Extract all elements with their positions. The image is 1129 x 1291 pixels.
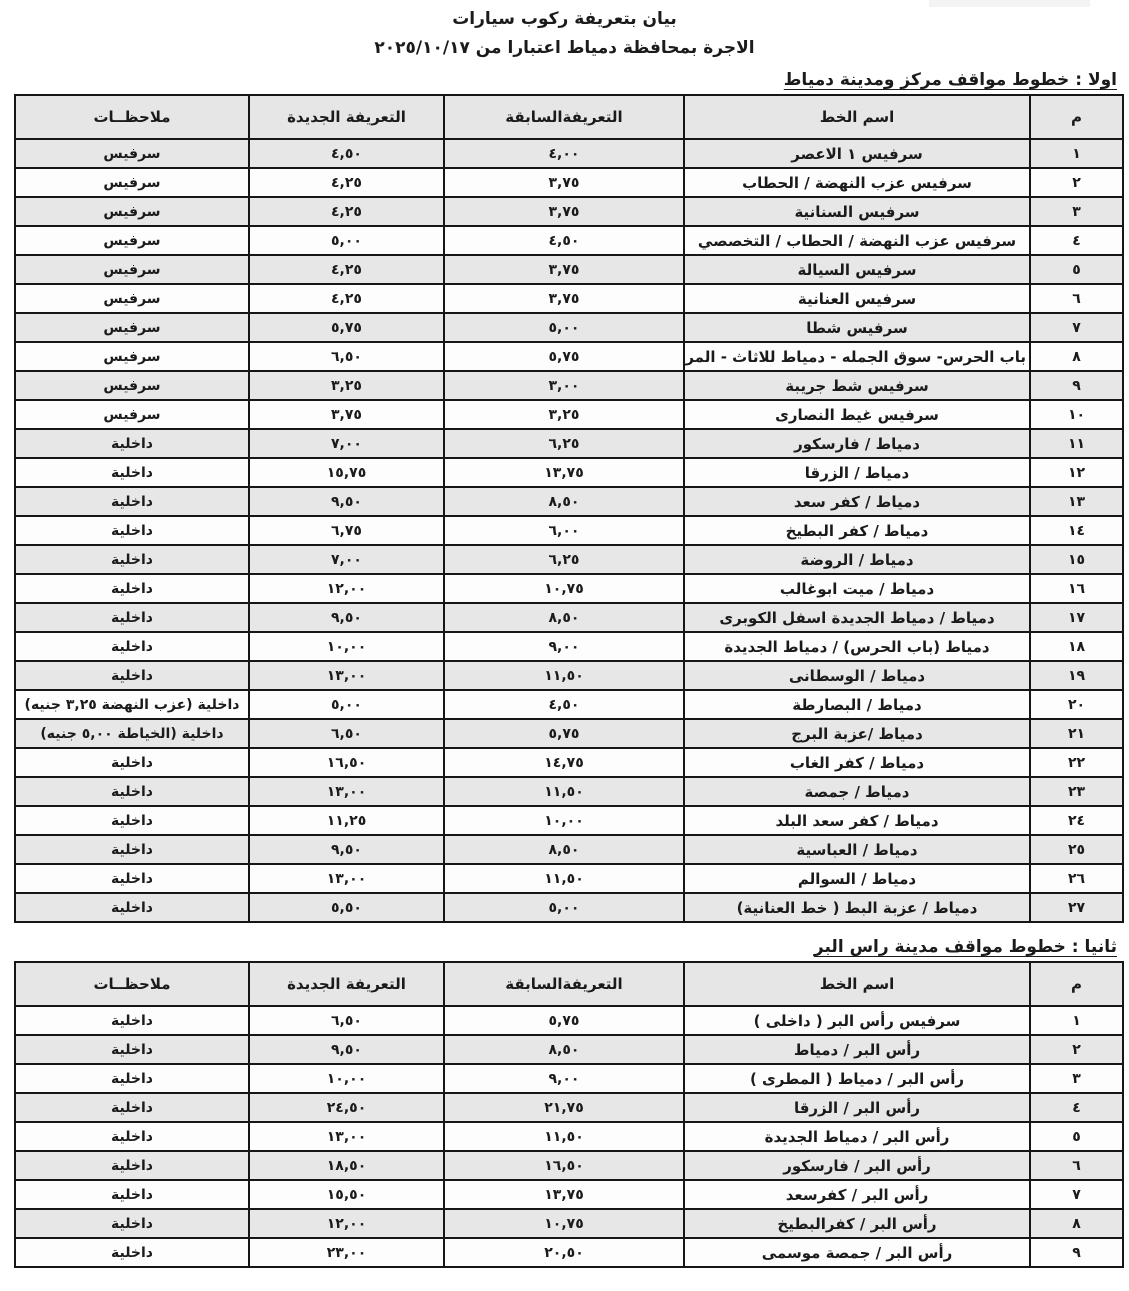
- header-row: ماسم الخطالتعريفةالسابقةالتعريفة الجديدة…: [15, 962, 1123, 1006]
- cell-prev: ٦,٢٥: [444, 429, 684, 458]
- cell-no: ١٣: [1030, 487, 1123, 516]
- cell-prev: ١٣,٧٥: [444, 1180, 684, 1209]
- cell-no: ١: [1030, 139, 1123, 168]
- cell-name: دمياط / الزرقا: [684, 458, 1030, 487]
- cell-prev: ١٠,٧٥: [444, 574, 684, 603]
- cell-new: ٣,٢٥: [249, 371, 444, 400]
- cell-new: ١٣,٠٠: [249, 1122, 444, 1151]
- cell-no: ٢: [1030, 168, 1123, 197]
- cell-no: ٢٠: [1030, 690, 1123, 719]
- cell-new: ٦,٥٠: [249, 342, 444, 371]
- cell-new: ١٢,٠٠: [249, 1209, 444, 1238]
- cell-new: ٢٣,٠٠: [249, 1238, 444, 1267]
- cell-no: ٥: [1030, 1122, 1123, 1151]
- cell-name: دمياط / السوالم: [684, 864, 1030, 893]
- cell-no: ٦: [1030, 284, 1123, 313]
- cell-no: ١٤: [1030, 516, 1123, 545]
- cell-notes: داخلية: [15, 835, 249, 864]
- cell-prev: ٢٠,٥٠: [444, 1238, 684, 1267]
- table-row: ٢٧دمياط / عزبة البط ( خط العنانية)٥,٠٠٥,…: [15, 893, 1123, 922]
- cell-no: ٢: [1030, 1035, 1123, 1064]
- cell-prev: ٣,٢٥: [444, 400, 684, 429]
- cell-new: ٤,٢٥: [249, 255, 444, 284]
- cell-new: ٥,٠٠: [249, 226, 444, 255]
- cell-no: ٥: [1030, 255, 1123, 284]
- column-header-notes: ملاحظــات: [15, 95, 249, 139]
- cell-name: سرفيس عزب النهضة / الحطاب: [684, 168, 1030, 197]
- cell-notes: داخلية: [15, 1006, 249, 1035]
- cell-notes: داخلية: [15, 777, 249, 806]
- table-row: ٢٣دمياط / جمصة١١,٥٠١٣,٠٠داخلية: [15, 777, 1123, 806]
- cell-notes: سرفيس: [15, 168, 249, 197]
- cell-notes: داخلية: [15, 893, 249, 922]
- section-heading-damietta: اولا : خطوط مواقف مركز ومدينة دمياط: [0, 70, 1117, 90]
- cell-notes: داخلية: [15, 574, 249, 603]
- cell-prev: ٣,٧٥: [444, 168, 684, 197]
- table-row: ٦رأس البر / فارسكور١٦,٥٠١٨,٥٠داخلية: [15, 1151, 1123, 1180]
- cell-name: سرفيس السيالة: [684, 255, 1030, 284]
- cell-notes: داخلية: [15, 1035, 249, 1064]
- column-header-no: م: [1030, 95, 1123, 139]
- table-body: ١سرفيس رأس البر ( داخلى )٥,٧٥٦,٥٠داخلية٢…: [15, 1006, 1123, 1267]
- cell-prev: ٩,٠٠: [444, 1064, 684, 1093]
- cell-prev: ٩,٠٠: [444, 632, 684, 661]
- table-row: ٢٤دمياط / كفر سعد البلد١٠,٠٠١١,٢٥داخلية: [15, 806, 1123, 835]
- cell-no: ١: [1030, 1006, 1123, 1035]
- cell-prev: ٦,٢٥: [444, 545, 684, 574]
- cell-no: ١٧: [1030, 603, 1123, 632]
- cell-prev: ٤,٥٠: [444, 226, 684, 255]
- cell-prev: ١٠,٧٥: [444, 1209, 684, 1238]
- cell-name: دمياط / جمصة: [684, 777, 1030, 806]
- cell-name: رأس البر / جمصة موسمى: [684, 1238, 1030, 1267]
- table-row: ٩رأس البر / جمصة موسمى٢٠,٥٠٢٣,٠٠داخلية: [15, 1238, 1123, 1267]
- cell-name: دمياط / كفر الغاب: [684, 748, 1030, 777]
- cell-name: دمياط / كفر البطيخ: [684, 516, 1030, 545]
- cell-prev: ١٠,٠٠: [444, 806, 684, 835]
- table-row: ١سرفيس رأس البر ( داخلى )٥,٧٥٦,٥٠داخلية: [15, 1006, 1123, 1035]
- document-subtitle: الاجرة بمحافظة دمياط اعتبارا من ٢٠٢٥/١٠/…: [0, 34, 1129, 63]
- column-header-new: التعريفة الجديدة: [249, 95, 444, 139]
- cell-name: باب الحرس- سوق الجمله - دمياط للاثاث - ا…: [684, 342, 1030, 371]
- cell-name: دمياط / كفر سعد: [684, 487, 1030, 516]
- table-row: ١٦دمياط / ميت ابوغالب١٠,٧٥١٢,٠٠داخلية: [15, 574, 1123, 603]
- cell-name: دمياط / الوسطانى: [684, 661, 1030, 690]
- cell-notes: داخلية: [15, 806, 249, 835]
- cell-name: رأس البر / دمياط ( المطرى ): [684, 1064, 1030, 1093]
- cell-prev: ٣,٧٥: [444, 284, 684, 313]
- cell-prev: ١١,٥٠: [444, 1122, 684, 1151]
- cell-prev: ٥,٧٥: [444, 1006, 684, 1035]
- cell-name: دمياط / عزبة البط ( خط العنانية): [684, 893, 1030, 922]
- cell-notes: داخلية: [15, 516, 249, 545]
- cell-notes: سرفيس: [15, 400, 249, 429]
- table-body: ١سرفيس ١ الاعصر٤,٠٠٤,٥٠سرفيس٢سرفيس عزب ا…: [15, 139, 1123, 922]
- cell-notes: سرفيس: [15, 226, 249, 255]
- table-row: ٩سرفيس شط جريبة٣,٠٠٣,٢٥سرفيس: [15, 371, 1123, 400]
- cell-new: ١٥,٧٥: [249, 458, 444, 487]
- table-row: ١٠سرفيس غيط النصارى٣,٢٥٣,٧٥سرفيس: [15, 400, 1123, 429]
- table-row: ٢٦دمياط / السوالم١١,٥٠١٣,٠٠داخلية: [15, 864, 1123, 893]
- cell-name: دمياط / الروضة: [684, 545, 1030, 574]
- cell-name: دمياط /عزبة البرج: [684, 719, 1030, 748]
- cell-new: ٥,٠٠: [249, 690, 444, 719]
- cell-prev: ٣,٧٥: [444, 255, 684, 284]
- cell-notes: داخلية: [15, 1209, 249, 1238]
- cell-prev: ٥,٧٥: [444, 719, 684, 748]
- table-row: ٢رأس البر / دمياط٨,٥٠٩,٥٠داخلية: [15, 1035, 1123, 1064]
- cell-no: ١٥: [1030, 545, 1123, 574]
- cell-no: ٨: [1030, 342, 1123, 371]
- table-row: ٢٠دمياط / البصارطة٤,٥٠٥,٠٠داخلية (عزب ال…: [15, 690, 1123, 719]
- cell-new: ١١,٢٥: [249, 806, 444, 835]
- cell-notes: سرفيس: [15, 371, 249, 400]
- cell-notes: داخلية: [15, 603, 249, 632]
- section-ras-elbar-lines: ثانيا : خطوط مواقف مدينة راس البر ماسم ا…: [0, 937, 1129, 1268]
- cell-prev: ٥,٠٠: [444, 893, 684, 922]
- cell-notes: داخلية: [15, 487, 249, 516]
- cell-name: دمياط / البصارطة: [684, 690, 1030, 719]
- cell-no: ٧: [1030, 313, 1123, 342]
- cell-notes: داخلية (عزب النهضة ٣,٢٥ جنيه): [15, 690, 249, 719]
- cell-notes: داخلية (الخياطة ٥,٠٠ جنيه): [15, 719, 249, 748]
- cell-notes: داخلية: [15, 632, 249, 661]
- cell-no: ٤: [1030, 1093, 1123, 1122]
- cell-notes: داخلية: [15, 1151, 249, 1180]
- column-header-no: م: [1030, 962, 1123, 1006]
- cell-no: ٦: [1030, 1151, 1123, 1180]
- cell-new: ٩,٥٠: [249, 487, 444, 516]
- cell-notes: سرفيس: [15, 139, 249, 168]
- cell-new: ٤,٢٥: [249, 284, 444, 313]
- cell-new: ١٣,٠٠: [249, 864, 444, 893]
- cell-new: ٥,٧٥: [249, 313, 444, 342]
- table-row: ٧رأس البر / كفرسعد١٣,٧٥١٥,٥٠داخلية: [15, 1180, 1123, 1209]
- cell-name: دمياط / ميت ابوغالب: [684, 574, 1030, 603]
- cell-no: ١٩: [1030, 661, 1123, 690]
- table-header: ماسم الخطالتعريفةالسابقةالتعريفة الجديدة…: [15, 95, 1123, 139]
- table-row: ٧سرفيس شطا٥,٠٠٥,٧٥سرفيس: [15, 313, 1123, 342]
- cell-notes: داخلية: [15, 864, 249, 893]
- cell-name: دمياط / العباسية: [684, 835, 1030, 864]
- cell-name: سرفيس العنانية: [684, 284, 1030, 313]
- column-header-new: التعريفة الجديدة: [249, 962, 444, 1006]
- cell-prev: ٤,٠٠: [444, 139, 684, 168]
- cell-name: دمياط (باب الحرس) / دمياط الجديدة: [684, 632, 1030, 661]
- cell-no: ١٨: [1030, 632, 1123, 661]
- cell-new: ١٠,٠٠: [249, 1064, 444, 1093]
- table-row: ٣سرفيس السنانية٣,٧٥٤,٢٥سرفيس: [15, 197, 1123, 226]
- cell-notes: داخلية: [15, 1238, 249, 1267]
- table-row: ٥رأس البر / دمياط الجديدة١١,٥٠١٣,٠٠داخلي…: [15, 1122, 1123, 1151]
- cell-prev: ١٦,٥٠: [444, 1151, 684, 1180]
- cell-notes: داخلية: [15, 429, 249, 458]
- cell-new: ٢٤,٥٠: [249, 1093, 444, 1122]
- cell-new: ٣,٧٥: [249, 400, 444, 429]
- cell-prev: ٤,٥٠: [444, 690, 684, 719]
- cell-name: دمياط / كفر سعد البلد: [684, 806, 1030, 835]
- table-row: ١١دمياط / فارسكور٦,٢٥٧,٠٠داخلية: [15, 429, 1123, 458]
- cell-notes: داخلية: [15, 1093, 249, 1122]
- cell-new: ١٢,٠٠: [249, 574, 444, 603]
- cell-notes: داخلية: [15, 1122, 249, 1151]
- cell-new: ٩,٥٠: [249, 835, 444, 864]
- cell-new: ٥,٥٠: [249, 893, 444, 922]
- table-row: ١٨دمياط (باب الحرس) / دمياط الجديدة٩,٠٠١…: [15, 632, 1123, 661]
- cell-notes: داخلية: [15, 458, 249, 487]
- cell-no: ٢٤: [1030, 806, 1123, 835]
- cell-name: سرفيس رأس البر ( داخلى ): [684, 1006, 1030, 1035]
- cell-no: ٢٢: [1030, 748, 1123, 777]
- cell-no: ١٢: [1030, 458, 1123, 487]
- cell-notes: داخلية: [15, 748, 249, 777]
- table-row: ٢سرفيس عزب النهضة / الحطاب٣,٧٥٤,٢٥سرفيس: [15, 168, 1123, 197]
- cell-new: ٩,٥٠: [249, 603, 444, 632]
- cell-no: ١١: [1030, 429, 1123, 458]
- cell-name: رأس البر / كفرسعد: [684, 1180, 1030, 1209]
- cell-prev: ٨,٥٠: [444, 603, 684, 632]
- cell-notes: داخلية: [15, 1064, 249, 1093]
- cell-new: ٦,٥٠: [249, 719, 444, 748]
- column-header-prev: التعريفةالسابقة: [444, 95, 684, 139]
- cell-prev: ٨,٥٠: [444, 1035, 684, 1064]
- table-row: ١٣دمياط / كفر سعد٨,٥٠٩,٥٠داخلية: [15, 487, 1123, 516]
- cell-no: ٨: [1030, 1209, 1123, 1238]
- table-row: ٥سرفيس السيالة٣,٧٥٤,٢٥سرفيس: [15, 255, 1123, 284]
- cell-no: ٢٣: [1030, 777, 1123, 806]
- cell-new: ٩,٥٠: [249, 1035, 444, 1064]
- section-heading-ras-elbar: ثانيا : خطوط مواقف مدينة راس البر: [0, 937, 1117, 957]
- column-header-notes: ملاحظــات: [15, 962, 249, 1006]
- cell-prev: ٨,٥٠: [444, 487, 684, 516]
- section-damietta-city-lines: اولا : خطوط مواقف مركز ومدينة دمياط ماسم…: [0, 70, 1129, 923]
- cell-notes: داخلية: [15, 661, 249, 690]
- cell-new: ١٣,٠٠: [249, 777, 444, 806]
- cell-no: ٧: [1030, 1180, 1123, 1209]
- cell-notes: سرفيس: [15, 197, 249, 226]
- cell-prev: ٣,٧٥: [444, 197, 684, 226]
- cell-name: سرفيس شطا: [684, 313, 1030, 342]
- cell-new: ٤,٢٥: [249, 168, 444, 197]
- table-row: ١٩دمياط / الوسطانى١١,٥٠١٣,٠٠داخلية: [15, 661, 1123, 690]
- table-row: ١سرفيس ١ الاعصر٤,٠٠٤,٥٠سرفيس: [15, 139, 1123, 168]
- table-row: ٤سرفيس عزب النهضة / الحطاب / التخصصي٤,٥٠…: [15, 226, 1123, 255]
- cell-no: ١٠: [1030, 400, 1123, 429]
- cell-new: ٧,٠٠: [249, 429, 444, 458]
- damietta-fare-table: ماسم الخطالتعريفةالسابقةالتعريفة الجديدة…: [14, 94, 1124, 923]
- column-header-name: اسم الخط: [684, 962, 1030, 1006]
- cell-new: ٦,٥٠: [249, 1006, 444, 1035]
- table-row: ٣رأس البر / دمياط ( المطرى )٩,٠٠١٠,٠٠داخ…: [15, 1064, 1123, 1093]
- cell-new: ٦,٧٥: [249, 516, 444, 545]
- cell-name: سرفيس عزب النهضة / الحطاب / التخصصي: [684, 226, 1030, 255]
- header-row: ماسم الخطالتعريفةالسابقةالتعريفة الجديدة…: [15, 95, 1123, 139]
- cell-name: دمياط / فارسكور: [684, 429, 1030, 458]
- cell-prev: ١١,٥٠: [444, 661, 684, 690]
- cell-name: رأس البر / كفرالبطيخ: [684, 1209, 1030, 1238]
- scan-artifact-bar: [929, 0, 1090, 7]
- cell-prev: ٥,٧٥: [444, 342, 684, 371]
- cell-prev: ١٤,٧٥: [444, 748, 684, 777]
- cell-new: ١٦,٥٠: [249, 748, 444, 777]
- cell-new: ١٣,٠٠: [249, 661, 444, 690]
- cell-prev: ٥,٠٠: [444, 313, 684, 342]
- cell-no: ٢٦: [1030, 864, 1123, 893]
- cell-new: ٧,٠٠: [249, 545, 444, 574]
- document-title: بيان بتعريفة ركوب سيارات: [0, 5, 1129, 34]
- cell-no: ٤: [1030, 226, 1123, 255]
- cell-new: ١٨,٥٠: [249, 1151, 444, 1180]
- cell-notes: سرفيس: [15, 284, 249, 313]
- cell-prev: ١١,٥٠: [444, 864, 684, 893]
- cell-notes: سرفيس: [15, 342, 249, 371]
- cell-name: سرفيس السنانية: [684, 197, 1030, 226]
- cell-prev: ٦,٠٠: [444, 516, 684, 545]
- document-header: بيان بتعريفة ركوب سيارات الاجرة بمحافظة …: [0, 0, 1129, 63]
- cell-notes: سرفيس: [15, 255, 249, 284]
- cell-name: سرفيس غيط النصارى: [684, 400, 1030, 429]
- cell-name: رأس البر / دمياط الجديدة: [684, 1122, 1030, 1151]
- table-row: ١٢دمياط / الزرقا١٣,٧٥١٥,٧٥داخلية: [15, 458, 1123, 487]
- table-row: ٨باب الحرس- سوق الجمله - دمياط للاثاث - …: [15, 342, 1123, 371]
- cell-name: سرفيس شط جريبة: [684, 371, 1030, 400]
- cell-no: ١٦: [1030, 574, 1123, 603]
- table-header: ماسم الخطالتعريفةالسابقةالتعريفة الجديدة…: [15, 962, 1123, 1006]
- table-row: ٢١دمياط /عزبة البرج٥,٧٥٦,٥٠داخلية (الخيا…: [15, 719, 1123, 748]
- table-row: ٤رأس البر / الزرقا٢١,٧٥٢٤,٥٠داخلية: [15, 1093, 1123, 1122]
- column-header-name: اسم الخط: [684, 95, 1030, 139]
- cell-prev: ١٣,٧٥: [444, 458, 684, 487]
- cell-notes: داخلية: [15, 1180, 249, 1209]
- cell-prev: ١١,٥٠: [444, 777, 684, 806]
- cell-notes: داخلية: [15, 545, 249, 574]
- cell-name: سرفيس ١ الاعصر: [684, 139, 1030, 168]
- table-row: ٢٥دمياط / العباسية٨,٥٠٩,٥٠داخلية: [15, 835, 1123, 864]
- cell-notes: سرفيس: [15, 313, 249, 342]
- cell-prev: ٣,٠٠: [444, 371, 684, 400]
- cell-new: ٤,٢٥: [249, 197, 444, 226]
- table-row: ١٥دمياط / الروضة٦,٢٥٧,٠٠داخلية: [15, 545, 1123, 574]
- table-row: ٢٢دمياط / كفر الغاب١٤,٧٥١٦,٥٠داخلية: [15, 748, 1123, 777]
- cell-name: رأس البر / فارسكور: [684, 1151, 1030, 1180]
- cell-no: ٣: [1030, 1064, 1123, 1093]
- column-header-prev: التعريفةالسابقة: [444, 962, 684, 1006]
- cell-no: ٢٥: [1030, 835, 1123, 864]
- cell-new: ١٥,٥٠: [249, 1180, 444, 1209]
- cell-no: ٢٧: [1030, 893, 1123, 922]
- cell-new: ٤,٥٠: [249, 139, 444, 168]
- cell-name: دمياط / دمياط الجديدة اسفل الكوبرى: [684, 603, 1030, 632]
- table-row: ١٤دمياط / كفر البطيخ٦,٠٠٦,٧٥داخلية: [15, 516, 1123, 545]
- cell-no: ٣: [1030, 197, 1123, 226]
- cell-no: ٢١: [1030, 719, 1123, 748]
- table-row: ٨رأس البر / كفرالبطيخ١٠,٧٥١٢,٠٠داخلية: [15, 1209, 1123, 1238]
- ras-elbar-fare-table: ماسم الخطالتعريفةالسابقةالتعريفة الجديدة…: [14, 961, 1124, 1268]
- cell-prev: ٨,٥٠: [444, 835, 684, 864]
- table-row: ٦سرفيس العنانية٣,٧٥٤,٢٥سرفيس: [15, 284, 1123, 313]
- cell-no: ٩: [1030, 371, 1123, 400]
- cell-no: ٩: [1030, 1238, 1123, 1267]
- cell-prev: ٢١,٧٥: [444, 1093, 684, 1122]
- table-row: ١٧دمياط / دمياط الجديدة اسفل الكوبرى٨,٥٠…: [15, 603, 1123, 632]
- cell-name: رأس البر / الزرقا: [684, 1093, 1030, 1122]
- cell-name: رأس البر / دمياط: [684, 1035, 1030, 1064]
- cell-new: ١٠,٠٠: [249, 632, 444, 661]
